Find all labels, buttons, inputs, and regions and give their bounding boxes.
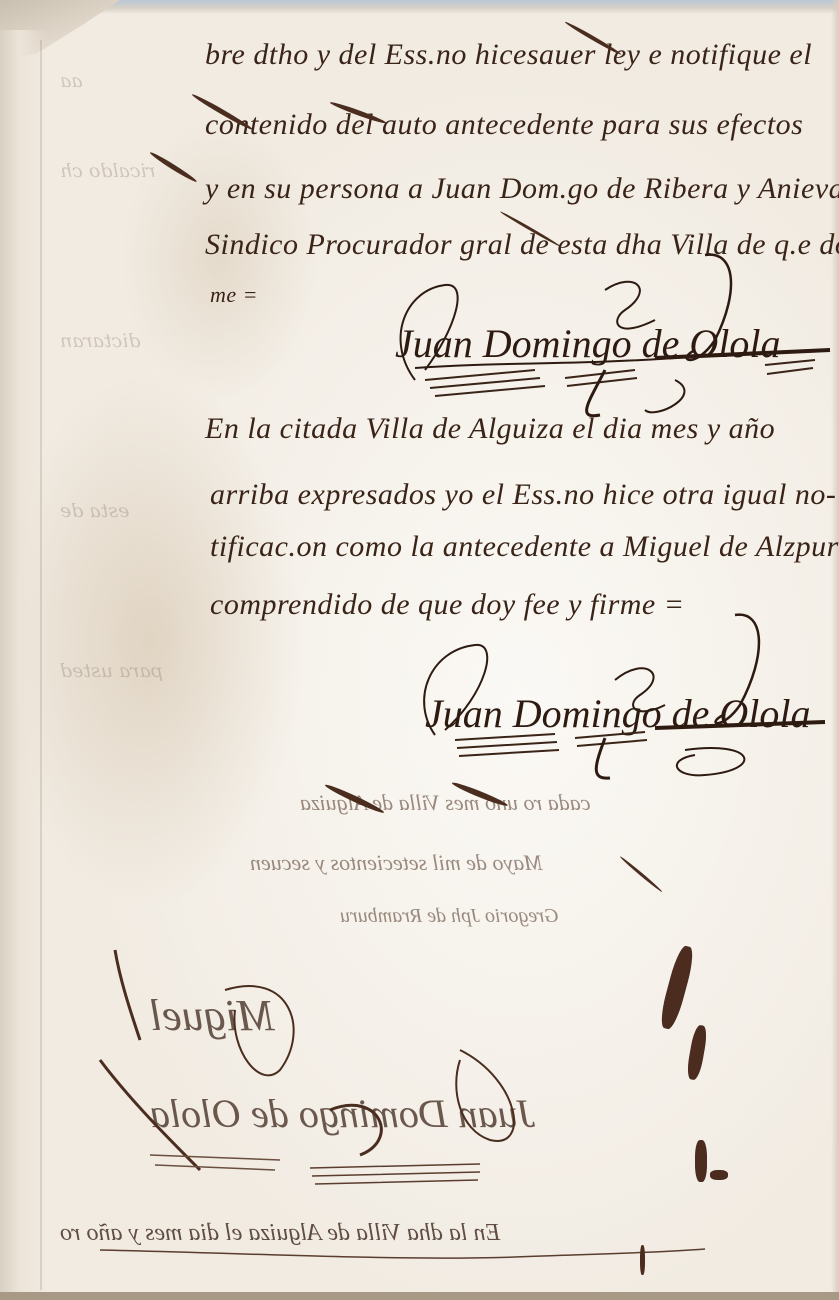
bleed-text: esta de [60, 500, 129, 522]
underline-flourish-icon [95, 1245, 715, 1265]
page-top-edge [0, 0, 839, 14]
page-bottom-edge [0, 1292, 839, 1300]
pen-stroke [619, 855, 663, 893]
bottom-mirrored-line: En la dha Villa de Alguiza el dia mes y … [60, 1220, 500, 1247]
ink-blot [685, 1024, 708, 1081]
bleed-through-line-2: Mayo de mil setecientos y secuen [250, 850, 543, 876]
bleed-text: para usted [60, 660, 163, 682]
bleed-text: ricaldo ch [60, 160, 156, 182]
paragraph-2-line-2: arriba expresados yo el Ess.no hice otra… [210, 478, 836, 512]
text-line-1: bre dtho y del Ess.no hicesauer ley e no… [205, 38, 812, 72]
bleed-text: aa [60, 70, 83, 92]
signature-flourish-icon [375, 250, 835, 430]
ink-mark [640, 1245, 645, 1275]
ink-blot [657, 944, 696, 1031]
page-fold-line [40, 40, 42, 1290]
text-line-5: me = [210, 282, 258, 308]
manuscript-page: aa ricaldo ch dictaran esta de para uste… [0, 0, 839, 1300]
signature-flourish-icon [405, 610, 835, 790]
ink-blot [710, 1170, 728, 1180]
bleed-text: dictaran [60, 330, 141, 352]
mirrored-flourish-icon [60, 940, 540, 1220]
pen-stroke [149, 150, 198, 183]
ink-blot [695, 1140, 707, 1182]
bleed-through-line-3: Gregorio Jph de Rramburu [340, 905, 559, 928]
paragraph-2-line-3: tificac.on como la antecedente a Miguel … [210, 530, 839, 564]
paragraph-2-line-1: En la citada Villa de Alguiza el dia mes… [205, 412, 775, 446]
text-line-2: contenido del auto antecedente para sus … [205, 108, 803, 142]
text-line-3: y en su persona a Juan Dom.go de Ribera … [205, 172, 839, 206]
